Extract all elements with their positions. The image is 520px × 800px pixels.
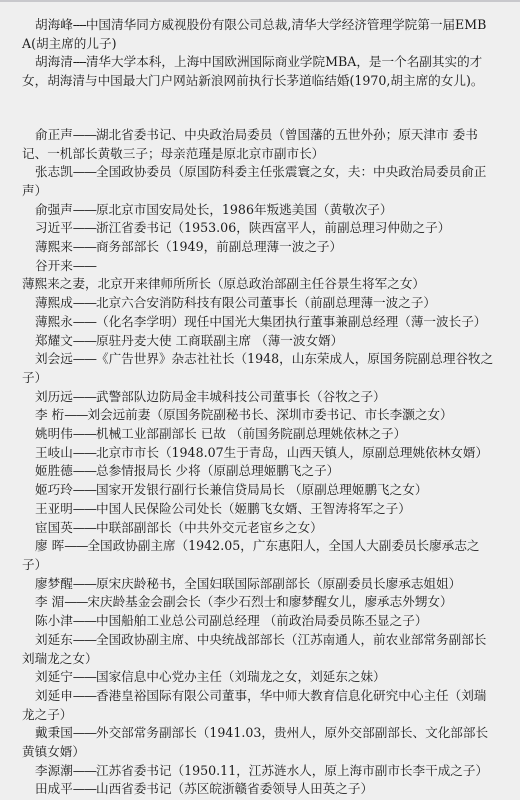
list-item: 郑耀文——原驻丹麦大使 工商联副主席 （薄一波女婿）	[22, 332, 494, 351]
person-name: 俞正声	[35, 127, 73, 142]
person-description: （化名李学明）现任中国光大集团执行董事兼副总经理（薄一波长子）	[96, 314, 486, 329]
list-item: 姚明伟——机械工业部副部长 已故 （前国务院副总理姚依林之子）	[22, 425, 494, 444]
person-description: 北京六合安消防科技有限公司董事长（前副总理薄一波之子）	[96, 295, 436, 310]
person-name: 廖 晖	[35, 538, 64, 553]
separator: ——	[73, 781, 96, 796]
list-item: 李源潮——江苏省委书记（1950.11，江苏涟水人，原上海市副市长李干成之子）	[22, 762, 494, 781]
person-description: 原宋庆龄秘书，全国妇联国际部副部长（原副委员长廖承志姐姐）	[96, 576, 461, 591]
person-description: 浙江省委书记（1953.06，陕西富平人，前副总理习仲勋之子）	[96, 220, 450, 235]
person-description: 北京市市长（1948.07生于青岛，山西天镇人，原副总理姚依林女婿）	[96, 445, 488, 460]
separator: ——	[73, 632, 96, 647]
person-description: 宋庆龄基金会副会长（李少石烈士和廖梦醒女儿，廖承志外甥女）	[87, 594, 452, 609]
list-item: 张志凯——全国政协委员（原国防科委主任张震寰之女，夫：中央政治局委员俞正声）	[22, 163, 494, 200]
entries-list: 俞正声——湖北省委书记、中央政治局委员（曾国藩的五世外孙；原天津市 委书记、一机…	[22, 126, 494, 799]
person-name: 张志凯	[35, 164, 73, 179]
document-page: 胡海峰----中国清华同方威视股份有限公司总裁,清华大学经济管理学院第一届EMB…	[0, 0, 520, 800]
separator: ——	[73, 613, 96, 628]
person-name: 郑耀文	[35, 333, 73, 348]
list-item: 李 桁——刘会远前妻（原国务院副秘书长、深圳市委书记、市长李灏之女）	[22, 406, 494, 425]
person-name: 王亚明	[35, 501, 73, 516]
person-description: 原北京市国安局处长，1986年叛逃美国（黄敬次子）	[96, 202, 393, 217]
list-item: 薄熙成——北京六合安消防科技有限公司董事长（前副总理薄一波之子）	[22, 294, 494, 313]
person-description: 山西省委书记（苏区皖浙赣省委领导人田英之子）	[96, 781, 373, 796]
person-name: 姚明伟	[35, 426, 73, 441]
person-description: 总参情报局长 少将（原副总理姬鹏飞之子）	[96, 463, 339, 478]
person-name: 谷开来	[35, 258, 73, 273]
person-description: 刘会远前妻（原国务院副秘书长、深圳市委书记、市长李灏之女）	[87, 407, 452, 422]
list-item: 薄熙永——（化名李学明）现任中国光大集团执行董事兼副总经理（薄一波长子）	[22, 313, 494, 332]
list-item: 刘延宁——国家信息中心党办主任（刘瑞龙之女，刘延东之妹）	[22, 668, 494, 687]
list-item: 谷开来——薄熙来之妻，北京开来律师所所长（原总政治部副主任谷景生将军之女）	[22, 257, 494, 294]
separator: ——	[73, 669, 96, 684]
person-description: 原驻丹麦大使 工商联副主席 （薄一波女婿）	[96, 333, 343, 348]
separator: ——	[73, 501, 96, 516]
list-item: 刘历远——武警部队边防局金丰城科技公司董事长（谷牧之子）	[22, 388, 494, 407]
separator: ----	[73, 17, 86, 32]
separator: ——	[73, 127, 96, 142]
separator: ——	[73, 389, 96, 404]
person-name: 廖梦醒	[35, 576, 73, 591]
person-name: 刘延东	[35, 632, 73, 647]
person-name: 俞强声	[35, 202, 73, 217]
separator: ——	[73, 482, 96, 497]
list-item: 陈小津——中国船舶工业总公司副总经理 （前政治局委员陈丕显之子）	[22, 612, 494, 631]
list-item: 习近平——浙江省委书记（1953.06，陕西富平人，前副总理习仲勋之子）	[22, 219, 494, 238]
intro-section: 胡海峰----中国清华同方威视股份有限公司总裁,清华大学经济管理学院第一届EMB…	[22, 16, 494, 91]
separator: ——	[73, 333, 96, 348]
person-description: 江苏省委书记（1950.11，江苏涟水人，原上海市副市长李干成之子）	[96, 763, 488, 778]
separator: ——	[64, 538, 87, 553]
person-name: 刘延申	[35, 688, 73, 703]
person-name: 习近平	[35, 220, 73, 235]
separator: ——	[73, 258, 96, 273]
person-description: 机械工业部副部长 已故 （前国务院副总理姚依林之子）	[96, 426, 406, 441]
list-item: 俞强声——原北京市国安局处长，1986年叛逃美国（黄敬次子）	[22, 201, 494, 220]
person-description: 清华大学本科，上海中国欧洲国际商业学院MBA，是一个名副其实的才女，胡海清与中国…	[22, 54, 483, 88]
person-description: 国家开发银行副行长兼信贷局局长 （原副总理姬鹏飞之女）	[96, 482, 427, 497]
person-name: 姬胜德	[35, 463, 73, 478]
intro-paragraph: 胡海峰----中国清华同方威视股份有限公司总裁,清华大学经济管理学院第一届EMB…	[22, 16, 494, 53]
person-name: 王岐山	[35, 445, 73, 460]
separator: ——	[73, 239, 96, 254]
list-item: 李 湄——宋庆龄基金会副会长（李少石烈士和廖梦醒女儿，廖承志外甥女）	[22, 593, 494, 612]
person-name: 李源潮	[35, 763, 73, 778]
list-item: 廖梦醒——原宋庆龄秘书，全国妇联国际部副部长（原副委员长廖承志姐姐）	[22, 575, 494, 594]
separator: ——	[73, 763, 96, 778]
list-item: 廖 晖——全国政协副主席（1942.05，广东惠阳人，全国人大副委员长廖承志之子…	[22, 537, 494, 574]
separator: ——	[73, 295, 96, 310]
list-item: 王亚明——中国人民保险公司处长（姬鹏飞女婿、王智涛将军之子）	[22, 500, 494, 519]
person-name: 薄熙来	[35, 239, 73, 254]
person-name: 李 桁	[35, 407, 64, 422]
person-name: 胡海峰	[35, 17, 73, 32]
list-item: 田成平——山西省委书记（苏区皖浙赣省委领导人田英之子）	[22, 780, 494, 799]
person-description: 中国人民保险公司处长（姬鹏飞女婿、王智涛将军之子）	[96, 501, 411, 516]
separator: ——	[73, 426, 96, 441]
separator: ——	[73, 202, 96, 217]
person-description: 中国清华同方威视股份有限公司总裁,清华大学经济管理学院第一届EMBA(胡主席的儿…	[22, 17, 486, 51]
separator: ——	[73, 314, 96, 329]
list-item: 薄熙来——商务部部长（1949，前副总理薄一波之子）	[22, 238, 494, 257]
person-description: 国家信息中心党办主任（刘瑞龙之女，刘延东之妹）	[96, 669, 386, 684]
list-item: 刘延申——香港皇裕国际有限公司董事，华中师大教育信息化研究中心主任（刘瑞龙之子）	[22, 687, 494, 724]
separator: ——	[64, 407, 87, 422]
person-name: 宦国英	[35, 520, 73, 535]
person-name: 李 湄	[35, 594, 64, 609]
person-description: 商务部部长（1949，前副总理薄一波之子）	[96, 239, 342, 254]
person-name: 刘会远	[35, 351, 73, 366]
separator: ——	[73, 688, 96, 703]
list-item: 王岐山——北京市市长（1948.07生于青岛，山西天镇人，原副总理姚依林女婿）	[22, 444, 494, 463]
list-item: 姬巧玲——国家开发银行副行长兼信贷局局长 （原副总理姬鹏飞之女）	[22, 481, 494, 500]
separator: ——	[73, 463, 96, 478]
intro-paragraph: 胡海清----清华大学本科，上海中国欧洲国际商业学院MBA，是一个名副其实的才女…	[22, 53, 494, 90]
list-item: 刘会远——《广告世界》杂志社社长（1948，山东荣成人，原国务院副总理谷牧之子）	[22, 350, 494, 387]
person-description: 武警部队边防局金丰城科技公司董事长（谷牧之子）	[96, 389, 386, 404]
person-name: 刘延宁	[35, 669, 73, 684]
person-description: 中国船舶工业总公司副总经理 （前政治局委员陈丕显之子）	[96, 613, 427, 628]
list-item: 宦国英——中联部副部长（中共外交元老宦乡之女）	[22, 519, 494, 538]
person-name: 戴秉国	[35, 725, 73, 740]
person-description: 全国政协副主席（1942.05，广东惠阳人，全国人大副委员长廖承志之子）	[22, 538, 480, 572]
person-name: 陈小津	[35, 613, 73, 628]
separator: ——	[73, 351, 96, 366]
separator: ----	[73, 54, 86, 69]
person-description: 薄熙来之妻，北京开来律师所所长（原总政治部副主任谷景生将军之女）	[22, 276, 425, 291]
person-name: 薄熙永	[35, 314, 73, 329]
separator: ——	[73, 445, 96, 460]
separator: ——	[64, 594, 87, 609]
person-name: 田成平	[35, 781, 73, 796]
person-name: 胡海清	[35, 54, 73, 69]
person-name: 姬巧玲	[35, 482, 73, 497]
list-item: 刘延东——全国政协副主席、中央统战部部长（江苏南通人，前农业部常务副部长刘瑞龙之…	[22, 631, 494, 668]
list-item: 俞正声——湖北省委书记、中央政治局委员（曾国藩的五世外孙；原天津市 委书记、一机…	[22, 126, 494, 163]
list-item: 姬胜德——总参情报局长 少将（原副总理姬鹏飞之子）	[22, 462, 494, 481]
person-name: 刘历远	[35, 389, 73, 404]
separator: ——	[73, 576, 96, 591]
list-item: 戴秉国——外交部常务副部长（1941.03，贵州人，原外交部副部长、文化部部长黄…	[22, 724, 494, 761]
separator: ——	[73, 725, 96, 740]
separator: ——	[73, 220, 96, 235]
section-gap	[22, 91, 494, 126]
person-name: 薄熙成	[35, 295, 73, 310]
separator: ——	[73, 520, 96, 535]
person-description: 中联部副部长（中共外交元老宦乡之女）	[96, 520, 323, 535]
separator: ——	[73, 164, 96, 179]
